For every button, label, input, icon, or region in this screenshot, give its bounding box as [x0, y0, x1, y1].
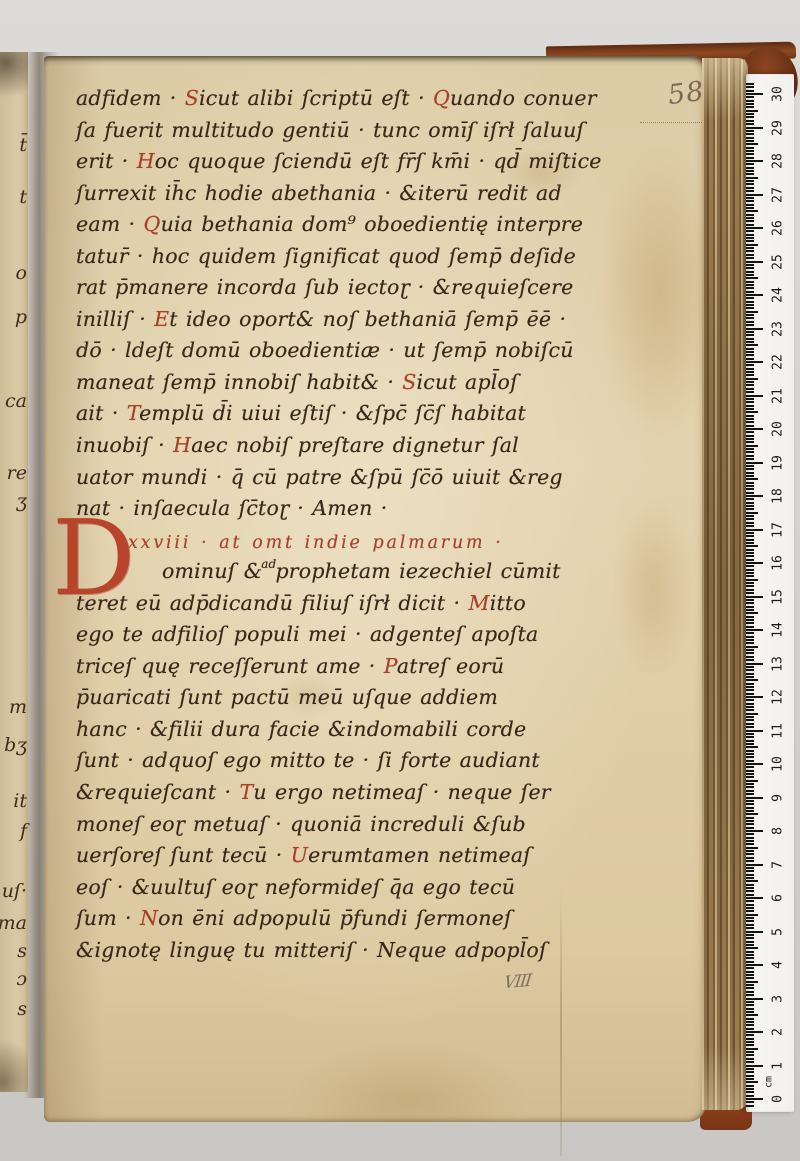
ruler-tick — [746, 780, 758, 782]
ruler-tick — [746, 106, 754, 108]
ruler-tick — [746, 93, 763, 95]
ruler-tick — [746, 790, 754, 792]
ruler-tick — [746, 395, 763, 397]
text-line: dō · ldeſt domū oboedientiæ · ut ſemp̄ n… — [76, 338, 664, 370]
ruler-tick — [746, 328, 763, 330]
ruler-tick — [746, 810, 754, 812]
ruler-tick — [746, 408, 754, 410]
ruler-tick — [746, 602, 754, 604]
ruler-tick — [746, 264, 754, 266]
ruler-tick — [746, 669, 754, 671]
ink-text: adfidem · — [76, 86, 185, 110]
ruler-number: 30 — [771, 83, 786, 105]
ruler-number: 5 — [771, 921, 786, 943]
ruler-tick — [746, 384, 754, 386]
ruler-tick — [746, 100, 754, 102]
ruler-tick — [746, 515, 754, 517]
ink-text: itto — [490, 591, 526, 615]
ruler-tick — [746, 529, 763, 531]
rubricated-letter: T — [127, 401, 139, 425]
ruler-tick — [746, 1085, 754, 1087]
ruler-tick — [746, 696, 763, 698]
folio-number: 58 — [666, 76, 706, 111]
ruler-tick — [746, 773, 754, 775]
ink-text: hanc · &filii dura facie &indomabili cor… — [76, 717, 526, 741]
ruler-tick — [746, 612, 758, 614]
ruler-tick — [746, 1041, 754, 1043]
ruler-tick — [746, 894, 754, 896]
ruler-tick — [746, 445, 758, 447]
ruler-tick — [746, 716, 754, 718]
ruler-number: 6 — [771, 887, 786, 909]
ruler-tick — [746, 636, 754, 638]
ruler-tick — [746, 351, 754, 353]
ruler-tick — [746, 160, 763, 162]
ruler-tick — [746, 140, 754, 142]
ruler-number: 18 — [771, 485, 786, 507]
ruler-tick — [746, 1054, 754, 1056]
ruler-tick — [746, 465, 754, 467]
ruler-tick — [746, 756, 754, 758]
ruler-tick — [746, 713, 758, 715]
ink-text: t ideo oport& noſ bethaniā ſemp̄ ēē · — [169, 307, 566, 331]
ruler-tick — [746, 183, 754, 185]
ruler-number: 23 — [771, 318, 786, 340]
rubricated-letter: P — [384, 654, 397, 678]
ink-text: triceſ quę receſſerunt ame · — [76, 654, 384, 678]
ink-text: u ergo netimeaſ · neque ſer — [253, 780, 550, 804]
ink-text: atreſ eorū — [397, 654, 504, 678]
ruler-tick — [746, 545, 758, 547]
text-line: uerſoreſ ſunt tecū · Uerumtamen netimeaſ — [76, 843, 664, 875]
ruler-tick — [746, 927, 754, 929]
ruler-tick — [746, 411, 758, 413]
ruler-number: 10 — [771, 753, 786, 775]
fore-edge-page-stack — [702, 58, 748, 1110]
ruler-tick — [746, 167, 754, 169]
ruler-tick — [746, 194, 763, 196]
ruler-tick — [746, 850, 754, 852]
ruler-tick — [746, 271, 754, 273]
ruler-tick — [746, 763, 763, 765]
ruler-tick — [746, 341, 754, 343]
text-line: tatur̄ · hoc quidem ſignificat quod ſemp… — [76, 244, 664, 276]
text-line: ſum · Non ēni adpopulū p̄fundi ſermoneſ — [76, 906, 664, 938]
ruler-tick — [746, 110, 758, 112]
ink-text: eam · — [76, 212, 144, 236]
ruler-tick — [746, 284, 754, 286]
ruler-tick — [746, 405, 754, 407]
ruler-tick — [746, 1105, 754, 1107]
ruler-number: 27 — [771, 184, 786, 206]
ruler-tick — [746, 776, 754, 778]
ruler-tick — [746, 261, 763, 263]
ink-text: uia bethania dom⁹ oboedientię interpre — [161, 212, 584, 236]
ruler-tick — [746, 954, 754, 956]
ruler-tick — [746, 170, 754, 172]
ruler-tick — [746, 552, 754, 554]
ruler-tick — [746, 1021, 754, 1023]
ruler-tick — [746, 575, 754, 577]
ink-text: ſurrexit ih̄c hodie abethania · &iterū r… — [76, 181, 562, 205]
ruler-tick — [746, 542, 754, 544]
ruler-tick — [746, 673, 754, 675]
ruler-tick — [746, 699, 754, 701]
ruler-tick — [746, 227, 763, 229]
ruler-tick — [746, 877, 754, 879]
ruler-tick — [746, 257, 754, 259]
ruler-tick — [746, 743, 754, 745]
ink-text: ego te adfilioſ populi mei · adgenteſ ap… — [76, 622, 538, 646]
ink-text: prophetam iezechiel cūmit — [275, 559, 560, 583]
ruler-tick — [746, 797, 763, 799]
ruler-tick — [746, 830, 763, 832]
ruler-tick — [746, 267, 754, 269]
ruler-number: 9 — [771, 787, 786, 809]
ruler-tick — [746, 1051, 754, 1053]
ruler-tick — [746, 991, 754, 993]
ruler-tick — [746, 113, 754, 115]
ruler-number: 14 — [771, 619, 786, 641]
ruler-tick — [746, 719, 754, 721]
ruler-tick — [746, 1034, 754, 1036]
ruler-tick — [746, 1044, 754, 1046]
ruler-tick — [746, 977, 754, 979]
ink-text: ominuſ & — [162, 559, 262, 583]
ruler-tick — [746, 150, 754, 152]
ink-text: uerſoreſ ſunt tecū · — [76, 843, 291, 867]
ruler-tick — [746, 987, 754, 989]
manuscript-photo: t̄topcareʒmbʒitfuſ·masɔs 58 D adfidem · … — [0, 0, 800, 1161]
ruler-tick — [746, 860, 754, 862]
ruler-tick — [746, 358, 754, 360]
ruler-tick — [746, 518, 754, 520]
ruler-number: 7 — [771, 854, 786, 876]
ruler-tick — [746, 632, 754, 634]
ruler-tick — [746, 920, 754, 922]
ruler-tick — [746, 398, 754, 400]
ruler-tick — [746, 706, 754, 708]
ruler-tick — [746, 1028, 754, 1030]
ruler-tick — [746, 505, 754, 507]
ink-text: icut alibi ſcriptū eſt · — [199, 86, 433, 110]
ruler-tick — [746, 137, 754, 139]
ruler-tick — [746, 709, 754, 711]
ruler-tick — [746, 421, 754, 423]
ruler-number: 22 — [771, 351, 786, 373]
ruler-tick — [746, 291, 754, 293]
ruler-tick — [746, 220, 754, 222]
text-line: inuobiſ · Haec nobiſ preſtare dignetur ſ… — [76, 433, 664, 465]
ruler-tick — [746, 495, 763, 497]
text-block: adfidem · Sicut alibi ſcriptū eſt · Quan… — [76, 86, 664, 969]
ruler-tick — [746, 1098, 763, 1100]
ink-text: maneat ſemp̄ innobiſ habit& · — [76, 370, 402, 394]
text-line: p̄uaricati ſunt pactū meū uſque addiem — [76, 685, 664, 717]
ruler-tick — [746, 86, 754, 88]
ruler-tick — [746, 1081, 758, 1083]
ruler-tick — [746, 971, 754, 973]
ruler-number: 25 — [771, 251, 786, 273]
text-line: erit · Hoc quoque ſciendū eſt fr̄ſ km̄i … — [76, 149, 664, 181]
ruler-tick — [746, 304, 754, 306]
ruler-tick — [746, 984, 754, 986]
ruler-tick — [746, 324, 754, 326]
ruler-tick — [746, 230, 754, 232]
text-line: eam · Quia bethania dom⁹ oboedientię int… — [76, 212, 664, 244]
ink-text: teret eū adp̄dicandū filiuſ iſrł dicit · — [76, 591, 468, 615]
ruler-tick — [746, 746, 758, 748]
ruler-tick — [746, 974, 754, 976]
ruler-tick — [746, 1014, 758, 1016]
text-line: ait · Templū d̄i uiui eſtiſ · &ſpc̄ ſc̄ſ… — [76, 401, 664, 433]
ruler-tick — [746, 485, 754, 487]
ruler-tick — [746, 1001, 754, 1003]
ruler-tick — [746, 381, 754, 383]
rubricated-letter: T — [239, 780, 253, 804]
ruler-tick — [746, 914, 758, 916]
text-line: inilliſ · Et ideo oport& noſ bethaniā ſe… — [76, 307, 664, 339]
ruler-tick — [746, 197, 754, 199]
ruler-tick — [746, 833, 754, 835]
ruler-tick — [746, 609, 754, 611]
ruler-tick — [746, 813, 758, 815]
ruler-tick — [746, 766, 754, 768]
text-line: &requieſcant · Tu ergo netimeaſ · neque … — [76, 780, 664, 812]
text-line: ſurrexit ih̄c hodie abethania · &iterū r… — [76, 181, 664, 213]
ruler-tick — [746, 847, 758, 849]
ink-text: uator mundi · q̄ cū patre &ſpū ſc̄ō uiui… — [76, 465, 563, 489]
ink-text: rat p̄manere incorda ſub iectoɽ · &requi… — [76, 275, 573, 299]
ruler-tick — [746, 880, 758, 882]
ink-text: tatur̄ · hoc quidem ſignificat quod ſemp… — [76, 244, 576, 268]
ruler-tick — [746, 656, 754, 658]
ruler-tick — [746, 338, 754, 340]
ruler-tick — [746, 683, 754, 685]
ruler-tick — [746, 502, 754, 504]
ruler-tick — [746, 250, 754, 252]
text-line: hanc · &filii dura facie &indomabili cor… — [76, 717, 664, 749]
ruler-tick — [746, 539, 754, 541]
ruler-tick — [746, 555, 754, 557]
ruler-tick — [746, 947, 758, 949]
ruler-tick — [746, 374, 754, 376]
ruler-number: 15 — [771, 586, 786, 608]
ruler-tick — [746, 301, 754, 303]
text-line: nat · inſaecula ſc̄toɽ · Amen · — [76, 496, 664, 528]
ruler-tick — [746, 843, 754, 845]
ruler-tick — [746, 448, 754, 450]
ruler: 0123456789101112131415161718192021222324… — [746, 74, 794, 1112]
ruler-tick — [746, 177, 758, 179]
ruler-tick — [746, 508, 754, 510]
ruler-tick — [746, 1071, 754, 1073]
ink-text: uando conuer — [450, 86, 597, 110]
ruler-tick — [746, 120, 754, 122]
ruler-tick — [746, 224, 754, 226]
ruler-tick — [746, 606, 754, 608]
ruler-tick — [746, 361, 763, 363]
ink-text: moneſ eoɽ metuaſ · quoniā increduli &ſub — [76, 812, 526, 836]
ruler-tick — [746, 331, 754, 333]
ruler-tick — [746, 297, 754, 299]
ruler-tick — [746, 897, 763, 899]
ruler-tick — [746, 130, 754, 132]
ruler-tick — [746, 957, 754, 959]
ruler-tick — [746, 234, 754, 236]
ruler-tick — [746, 277, 758, 279]
ruler-tick — [746, 1011, 754, 1013]
text-line: ſunt · adquoſ ego mitto te · ſi forte au… — [76, 748, 664, 780]
text-line: uator mundi · q̄ cū patre &ſpū ſc̄ō uiui… — [76, 465, 664, 497]
ruler-tick — [746, 659, 754, 661]
ruler-tick — [746, 1058, 754, 1060]
ruler-tick — [746, 287, 754, 289]
ruler-tick — [746, 931, 763, 933]
ruler-tick — [746, 478, 758, 480]
ruler-tick — [746, 646, 758, 648]
ruler-number: 1 — [771, 1055, 786, 1077]
ruler-tick — [746, 753, 754, 755]
ruler-tick — [746, 435, 754, 437]
ruler-tick — [746, 900, 754, 902]
ruler-tick — [746, 535, 754, 537]
ruler-tick — [746, 307, 754, 309]
ruler-tick — [746, 425, 754, 427]
text-line: teret eū adp̄dicandū filiuſ iſrł dicit ·… — [76, 591, 664, 623]
ruler-number: 8 — [771, 820, 786, 842]
ruler-tick — [746, 870, 754, 872]
ruler-number: 4 — [771, 954, 786, 976]
ruler-tick — [746, 1068, 754, 1070]
ruler-tick — [746, 967, 754, 969]
ruler-tick — [746, 314, 754, 316]
ruler-tick — [746, 887, 754, 889]
ruler-tick — [746, 180, 754, 182]
ink-text: inilliſ · — [76, 307, 154, 331]
ruler-tick — [746, 274, 754, 276]
ruler-tick — [746, 1075, 754, 1077]
ruler-tick — [746, 924, 754, 926]
ruler-tick — [746, 937, 754, 939]
ruler-tick — [746, 649, 754, 651]
ruler-tick — [746, 740, 754, 742]
ruler-number: 29 — [771, 117, 786, 139]
ruler-tick — [746, 207, 754, 209]
ruler-tick — [746, 626, 754, 628]
ruler-tick — [746, 629, 763, 631]
rubric-heading: xxviii · at omt indie palmarum · — [76, 528, 664, 560]
ruler-tick — [746, 981, 758, 983]
interlinear-correction: ad — [261, 557, 276, 571]
ink-text: erumtamen netimeaſ — [308, 843, 531, 867]
ruler-number: 13 — [771, 653, 786, 675]
ruler-tick — [746, 572, 754, 574]
ruler-tick — [746, 827, 754, 829]
ruler-tick — [746, 1038, 754, 1040]
ink-text: p̄uaricati ſunt pactū meū uſque addiem — [76, 685, 498, 709]
text-line: ego te adfilioſ populi mei · adgenteſ ap… — [76, 622, 664, 654]
ruler-tick — [746, 187, 754, 189]
ruler-tick — [746, 951, 754, 953]
ruler-tick — [746, 462, 763, 464]
ruler-tick — [746, 1031, 763, 1033]
ruler-tick — [746, 907, 754, 909]
ruler-tick — [746, 652, 754, 654]
ruler-tick — [746, 1004, 754, 1006]
ruler-tick — [746, 90, 754, 92]
ink-text: eoſ · &uultuſ eoɽ neformideſ q̄a ego tec… — [76, 875, 515, 899]
ruler-number: 28 — [771, 150, 786, 172]
ruler-tick — [746, 619, 754, 621]
ruler-number: 11 — [771, 720, 786, 742]
text-line: maneat ſemp̄ innobiſ habit& · Sicut apl̄… — [76, 370, 664, 402]
ruler-tick — [746, 579, 758, 581]
ruler-number: 20 — [771, 418, 786, 440]
ruler-tick — [746, 438, 754, 440]
ruler-tick — [746, 431, 754, 433]
ruler-tick — [746, 281, 754, 283]
ruler-tick — [746, 840, 754, 842]
ruler-tick — [746, 468, 754, 470]
ruler-tick — [746, 689, 754, 691]
ruler-tick — [746, 961, 754, 963]
facing-page-text-fragment: ma — [0, 914, 27, 933]
rubricated-letter: xxviii · at omt indie palmarum · — [128, 533, 504, 553]
ruler-tick — [746, 622, 754, 624]
text-line: ſa fuerit multitudo gentiū · tunc omīſ i… — [76, 118, 664, 150]
ruler-tick — [746, 116, 754, 118]
ruler-tick — [746, 941, 754, 943]
rubricated-letter: H — [137, 149, 155, 173]
ruler-tick — [746, 512, 758, 514]
ruler-tick — [746, 294, 763, 296]
ruler-number: 24 — [771, 284, 786, 306]
ruler-tick — [746, 770, 754, 772]
ruler-number: 19 — [771, 452, 786, 474]
ruler-tick — [746, 96, 754, 98]
ruler-number: 16 — [771, 552, 786, 574]
text-line: &ignotę linguę tu mitteriſ · Neque adpop… — [76, 938, 664, 970]
ruler-tick — [746, 311, 758, 313]
ruler-tick — [746, 1008, 754, 1010]
ruler-tick — [746, 679, 758, 681]
ruler-tick — [746, 237, 754, 239]
ruler-tick — [746, 750, 754, 752]
ruler-tick — [746, 1088, 754, 1090]
ruler-tick — [746, 217, 754, 219]
ruler-tick — [746, 371, 754, 373]
ruler-tick — [746, 884, 754, 886]
ruler-tick — [746, 803, 754, 805]
quire-mark: VIII — [503, 971, 532, 994]
ink-text: emplū d̄i uiui eſtiſ · &ſpc̄ ſc̄ſ habita… — [139, 401, 526, 425]
ruler-tick — [746, 378, 758, 380]
ruler-tick — [746, 532, 754, 534]
ruler-tick — [746, 492, 754, 494]
ink-text: erit · — [76, 149, 137, 173]
ruler-tick — [746, 616, 754, 618]
ruler-tick — [746, 147, 754, 149]
ruler-unit-label: cm — [764, 1076, 775, 1088]
ink-text: &ignotę linguę tu mitteriſ · Neque adpop… — [76, 938, 547, 962]
text-line: eoſ · &uultuſ eoɽ neformideſ q̄a ego tec… — [76, 875, 664, 907]
ruler-tick — [746, 247, 754, 249]
ruler-tick — [746, 451, 754, 453]
ruler-tick — [746, 864, 763, 866]
ruler-tick — [746, 428, 763, 430]
ruler-tick — [746, 944, 754, 946]
